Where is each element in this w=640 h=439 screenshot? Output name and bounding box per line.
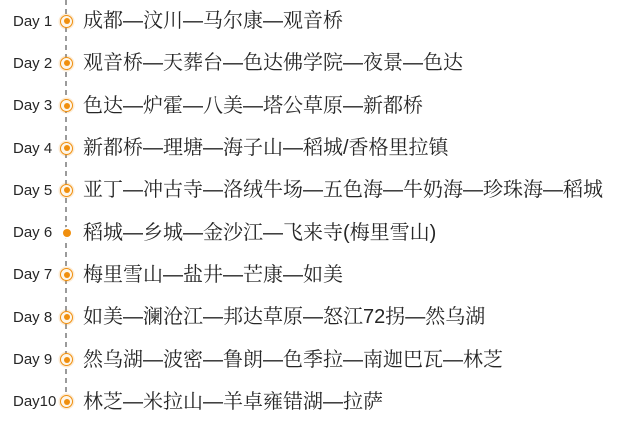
day-label: Day 3 <box>13 97 60 114</box>
dot-shape <box>60 99 73 112</box>
day-label: Day10 <box>13 393 60 410</box>
timeline-dot-icon <box>60 57 73 70</box>
timeline-dot-icon <box>60 226 73 239</box>
timeline-dot-icon <box>60 268 73 281</box>
dot-shape <box>60 353 73 366</box>
dot-shape <box>60 57 73 70</box>
day-label: Day 8 <box>13 309 60 326</box>
dot-shape <box>60 142 73 155</box>
dot-core <box>64 314 70 320</box>
dot-core <box>63 229 71 237</box>
route-text: 林芝—米拉山—羊卓雍错湖—拉萨 <box>83 392 383 412</box>
day-label: Day 9 <box>13 351 60 368</box>
dot-shape <box>60 311 73 324</box>
itinerary-day-row-5: Day 5 亚丁—冲古寺—洛绒牛场—五色海—牛奶海—珍珠海—稻城 <box>0 169 640 211</box>
dot-shape <box>60 184 73 197</box>
dot-core <box>64 18 70 24</box>
dot-core <box>64 187 70 193</box>
timeline-dot-icon <box>60 99 73 112</box>
dot-core <box>64 357 70 363</box>
dot-shape <box>60 268 73 281</box>
day-label: Day 5 <box>13 182 60 199</box>
dot-core <box>64 103 70 109</box>
dot-core <box>64 272 70 278</box>
itinerary-day-row-3: Day 3 色达—炉霍—八美—塔公草原—新都桥 <box>0 85 640 127</box>
timeline-dot-icon <box>60 142 73 155</box>
dot-shape <box>61 227 73 239</box>
route-text: 如美—澜沧江—邦达草原—怒江72拐—然乌湖 <box>83 307 485 327</box>
itinerary-day-row-2: Day 2 观音桥—天葬台—色达佛学院—夜景—色达 <box>0 42 640 84</box>
route-text: 新都桥—理塘—海子山—稻城/香格里拉镇 <box>83 138 449 158</box>
itinerary-day-row-9: Day 9 然乌湖—波密—鲁朗—色季拉—南迦巴瓦—林芝 <box>0 338 640 380</box>
dot-shape <box>60 395 73 408</box>
route-text: 观音桥—天葬台—色达佛学院—夜景—色达 <box>83 53 463 73</box>
day-label: Day 1 <box>13 13 60 30</box>
timeline-dot-icon <box>60 184 73 197</box>
itinerary-day-row-6: Day 6 稻城—乡城—金沙江—飞来寺(梅里雪山) <box>0 211 640 253</box>
dot-shape <box>60 15 73 28</box>
route-text: 然乌湖—波密—鲁朗—色季拉—南迦巴瓦—林芝 <box>83 350 503 370</box>
route-text: 成都—汶川—马尔康—观音桥 <box>83 11 343 31</box>
timeline-dot-icon <box>60 353 73 366</box>
itinerary-day-row-1: Day 1 成都—汶川—马尔康—观音桥 <box>0 0 640 42</box>
dot-core <box>64 145 70 151</box>
route-text: 亚丁—冲古寺—洛绒牛场—五色海—牛奶海—珍珠海—稻城 <box>83 180 603 200</box>
route-text: 稻城—乡城—金沙江—飞来寺(梅里雪山) <box>83 223 436 243</box>
itinerary-day-row-7: Day 7 梅里雪山—盐井—芒康—如美 <box>0 254 640 296</box>
dot-core <box>64 60 70 66</box>
day-label: Day 6 <box>13 224 60 241</box>
day-label: Day 4 <box>13 140 60 157</box>
timeline-dot-icon <box>60 395 73 408</box>
dot-core <box>64 399 70 405</box>
itinerary-day-row-4: Day 4 新都桥—理塘—海子山—稻城/香格里拉镇 <box>0 127 640 169</box>
timeline-dot-icon <box>60 311 73 324</box>
itinerary-day-list: Day 1 成都—汶川—马尔康—观音桥 Day 2 观音桥—天葬台—色达佛学院—… <box>0 0 640 423</box>
itinerary-day-row-10: Day10 林芝—米拉山—羊卓雍错湖—拉萨 <box>0 381 640 423</box>
timeline-dot-icon <box>60 15 73 28</box>
route-text: 梅里雪山—盐井—芒康—如美 <box>83 265 343 285</box>
itinerary-page: Day 1 成都—汶川—马尔康—观音桥 Day 2 观音桥—天葬台—色达佛学院—… <box>0 0 640 439</box>
route-text: 色达—炉霍—八美—塔公草原—新都桥 <box>83 96 423 116</box>
day-label: Day 2 <box>13 55 60 72</box>
day-label: Day 7 <box>13 266 60 283</box>
itinerary-day-row-8: Day 8 如美—澜沧江—邦达草原—怒江72拐—然乌湖 <box>0 296 640 338</box>
